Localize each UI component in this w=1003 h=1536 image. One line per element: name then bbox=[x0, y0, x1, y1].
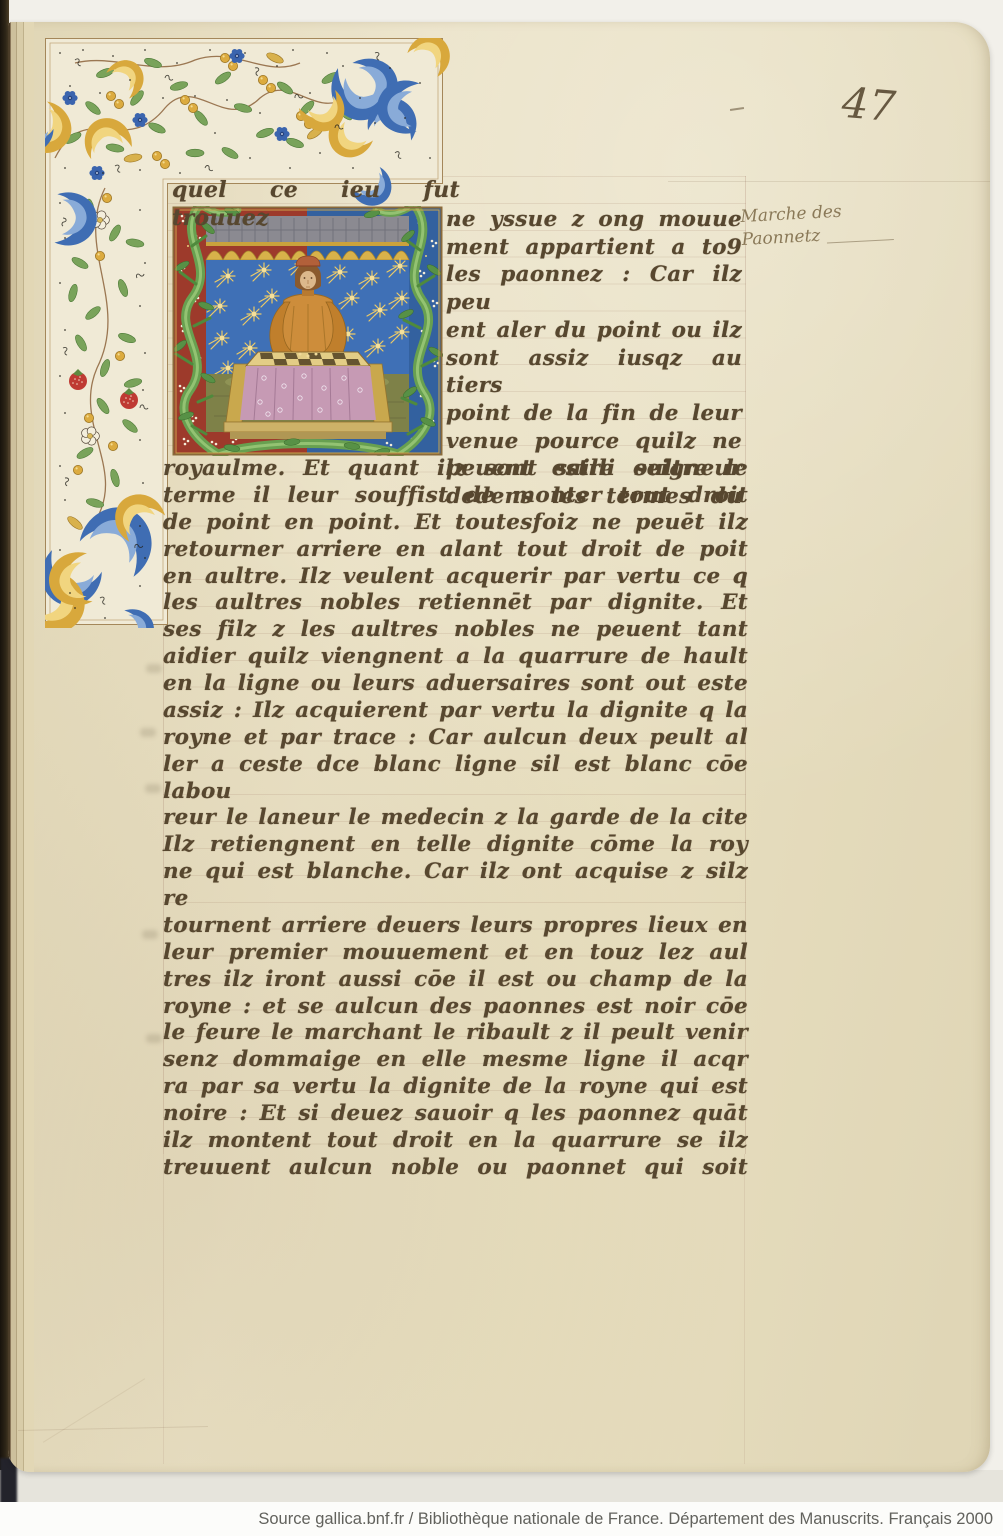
text-line: terme il leur souffist de monter tout dr… bbox=[163, 483, 748, 510]
text-line: noire : Et si deuez sauoir q les paonnez… bbox=[163, 1101, 748, 1128]
text-line: les paonnez : Car ilz peu bbox=[446, 261, 742, 316]
text-line: sont assiz iusqz au tiers bbox=[446, 345, 742, 400]
margin-rule-right bbox=[744, 1154, 745, 1464]
text-line: aidier quilz viengnent a la quarrure de … bbox=[163, 644, 748, 671]
text-line: ses filz z les aultres nobles ne peuent … bbox=[163, 617, 748, 644]
text-line: royaulme. Et quant ilz sont sailli oultr… bbox=[163, 456, 748, 483]
text-line: ilz montent tout droit en la quarrure se… bbox=[163, 1128, 748, 1155]
header-text-line: quel ce ieu fut trouuez . bbox=[172, 176, 460, 204]
text-line: ent aler du point ou ilz bbox=[446, 317, 742, 345]
margin-note-underline bbox=[827, 239, 894, 244]
text-line: reur le laneur le medecin z la garde de … bbox=[163, 805, 748, 832]
margin-note: Marche des Paonnetz bbox=[740, 198, 894, 252]
chess-table bbox=[224, 352, 392, 439]
parchment-crease bbox=[18, 1426, 208, 1431]
text-line: retourner arriere en alant tout droit de… bbox=[163, 537, 748, 564]
text-line: royne et par trace : Car aulcun deux peu… bbox=[163, 725, 748, 752]
parchment-crease bbox=[668, 181, 990, 182]
scanner-background-strip bbox=[0, 1470, 1003, 1503]
text-line: tres ilz iront aussi cōe il est ou champ… bbox=[163, 967, 748, 994]
ink-showthrough bbox=[145, 784, 161, 793]
text-line: venue pource quilz ne bbox=[446, 428, 742, 456]
table-cloth bbox=[240, 366, 376, 420]
digitized-manuscript-scan: quel ce ieu fut trouuez . ne yssue z ong… bbox=[0, 0, 1003, 1536]
text-line: ler a ceste dce blanc ligne sil est blan… bbox=[163, 752, 748, 806]
margin-note-line2: Paonnetz bbox=[741, 225, 821, 252]
source-attribution-text: Source gallica.bnf.fr / Bibliothèque nat… bbox=[258, 1510, 1003, 1529]
text-line: ne qui est blanche. Car ilz ont acquise … bbox=[163, 859, 748, 913]
parchment-fold bbox=[43, 1378, 145, 1442]
text-line: point de la fin de leur bbox=[446, 400, 742, 428]
folio-number: 47 bbox=[840, 78, 898, 131]
text-line: le feure le marchant le ribault z il peu… bbox=[163, 1020, 748, 1047]
gallica-attribution-bar: Source gallica.bnf.fr / Bibliothèque nat… bbox=[0, 1502, 1003, 1536]
text-line: leur premier mouuement et en touz lez au… bbox=[163, 940, 748, 967]
text-line: senz dommaige en elle mesme ligne il acq… bbox=[163, 1047, 748, 1074]
text-line: ment appartient a to9 bbox=[446, 234, 742, 262]
miniature-illustration bbox=[172, 206, 443, 456]
text-line: treuuent aulcun noble ou paonnet qui soi… bbox=[163, 1155, 748, 1182]
ink-showthrough bbox=[146, 1034, 162, 1043]
margin-mark bbox=[730, 107, 744, 111]
text-line: en aultre. Ilz veulent acquerir par vert… bbox=[163, 564, 748, 591]
text-line: Ilz retiengnent en telle dignite cōme la… bbox=[163, 832, 748, 859]
text-line: les aultres nobles retiennēt par dignite… bbox=[163, 590, 748, 617]
page-gutter-edges bbox=[8, 22, 34, 1472]
text-line: tournent arriere deuers leurs propres li… bbox=[163, 913, 748, 940]
text-line: royne : et se aulcun des paonnes est noi… bbox=[163, 994, 748, 1021]
text-line: de point en point. Et toutesfoiz ne peuē… bbox=[163, 510, 748, 537]
gold-cornice bbox=[206, 242, 409, 246]
text-line: ra par sa vertu la dignite de la royne q… bbox=[163, 1074, 748, 1101]
main-text-block: royaulme. Et quant ilz sont sailli oultr… bbox=[163, 456, 748, 1182]
manuscript-page: quel ce ieu fut trouuez . ne yssue z ong… bbox=[8, 22, 990, 1472]
ink-showthrough bbox=[146, 664, 162, 673]
text-line: assiz : Ilz acquierent par vertu la dign… bbox=[163, 698, 748, 725]
ink-showthrough bbox=[142, 930, 158, 939]
ink-showthrough bbox=[140, 728, 156, 737]
text-line: en la ligne ou leurs aduersaires sont ou… bbox=[163, 671, 748, 698]
margin-rule-left bbox=[163, 1154, 164, 1464]
text-line: ne yssue z ong mouue bbox=[446, 206, 742, 234]
